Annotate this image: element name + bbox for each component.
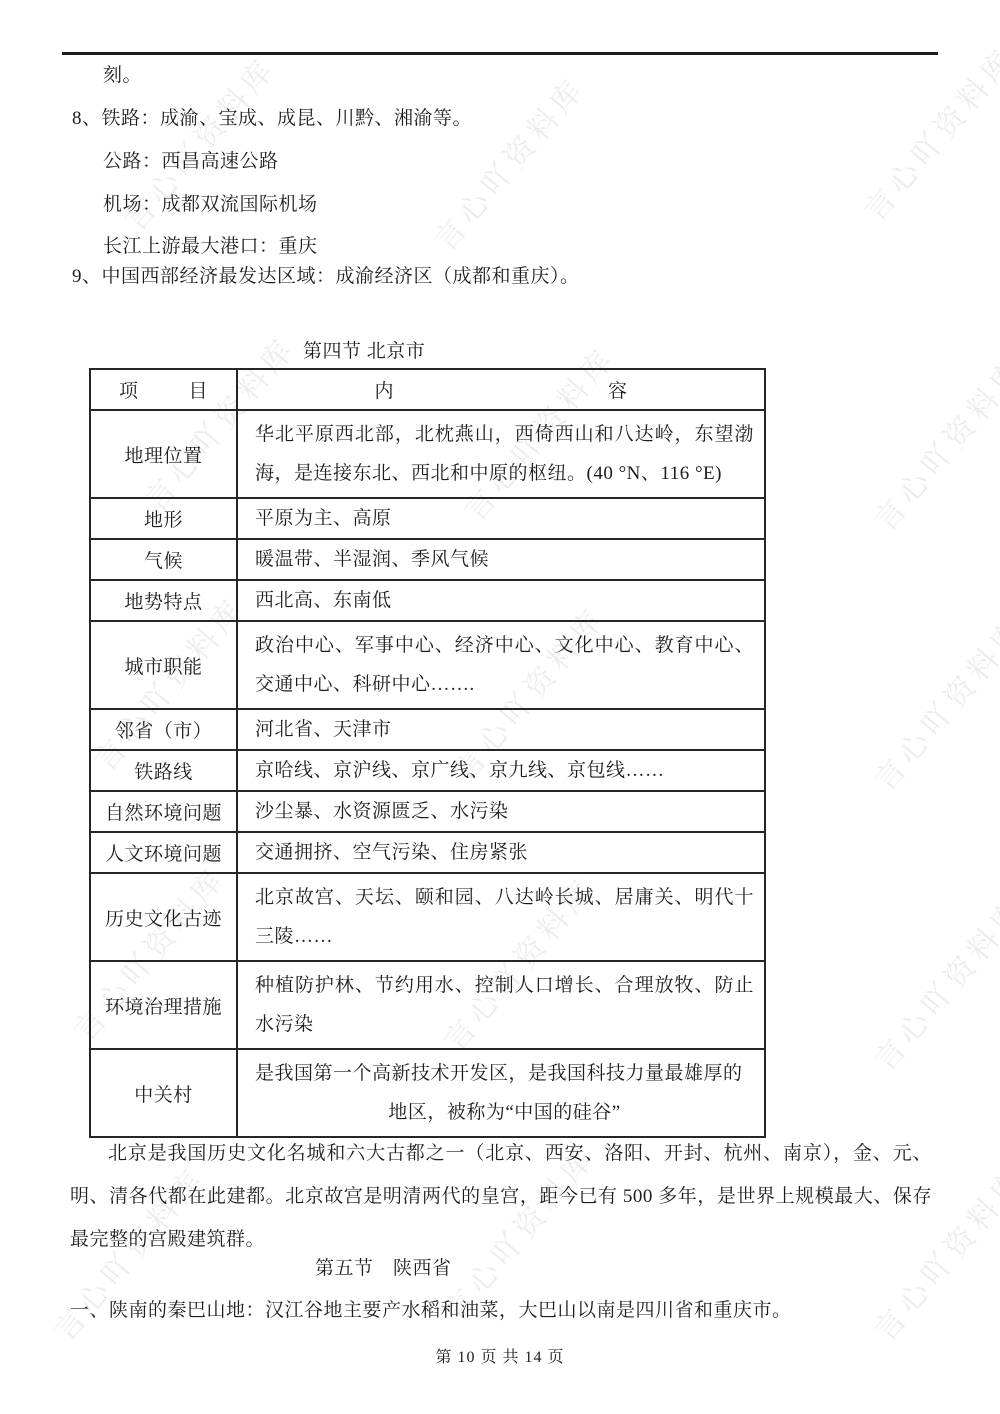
table-header-row: 项 目 内 容 (90, 369, 765, 410)
row-label: 铁路线 (90, 750, 237, 791)
table-row: 地势特点 西北高、东南低 (90, 580, 765, 621)
table-row: 环境治理措施 种植防护林、节约用水、控制人口增长、合理放牧、防止水污染 (90, 961, 765, 1049)
watermark: 言心吖资料库 (852, 35, 1000, 229)
beijing-summary-paragraph: 北京是我国历史文化名城和六大古都之一（北京、西安、洛阳、开封、杭州、南京），金、… (70, 1132, 932, 1261)
watermark: 言心吖资料库 (422, 65, 595, 259)
row-content: 北京故宫、天坛、颐和园、八达岭长城、居庸关、明代十三陵…… (237, 873, 765, 961)
body-line-airport: 机场：成都双流国际机场 (103, 189, 318, 216)
row-label: 邻省（市） (90, 709, 237, 750)
row-content: 华北平原西北部，北枕燕山，西倚西山和八达岭，东望渤海，是连接东北、西北和中原的枢… (237, 410, 765, 498)
row-label: 自然环境问题 (90, 791, 237, 832)
header-cell-item: 项 目 (90, 369, 237, 410)
watermark: 言心吖资料库 (862, 885, 1000, 1079)
row-label: 中关村 (90, 1049, 237, 1137)
body-line-item9: 9、中国西部经济最发达区域：成渝经济区（成都和重庆）。 (72, 261, 580, 288)
top-rule (62, 52, 938, 55)
footer-page-number: 第 10 页 共 14 页 (0, 1344, 1000, 1367)
row-label: 气候 (90, 539, 237, 580)
row-content: 河北省、天津市 (237, 709, 765, 750)
table-row: 邻省（市） 河北省、天津市 (90, 709, 765, 750)
row-label: 历史文化古迹 (90, 873, 237, 961)
section4-title: 第四节 北京市 (303, 336, 425, 363)
header-content-char: 容 (608, 376, 628, 403)
document-page: 言心吖资料库 言心吖资料库 言心吖资料库 言心吖资料库 言心吖资料库 言心吖资料… (0, 0, 1000, 1414)
table-row: 地形 平原为主、高原 (90, 498, 765, 539)
row-label: 地理位置 (90, 410, 237, 498)
header-content-char: 内 (374, 376, 394, 403)
header-cell-content: 内 容 (237, 369, 765, 410)
row-label: 地形 (90, 498, 237, 539)
row-label: 地势特点 (90, 580, 237, 621)
row-content: 是我国第一个高新技术开发区，是我国科技力量最雄厚的 地区，被称为“中国的硅谷” (237, 1049, 765, 1137)
table-row: 地理位置 华北平原西北部，北枕燕山，西倚西山和八达岭，东望渤海，是连接东北、西北… (90, 410, 765, 498)
row-content-line1: 是我国第一个高新技术开发区，是我国科技力量最雄厚的 (255, 1054, 754, 1093)
watermark: 言心吖资料库 (862, 605, 1000, 799)
header-item-char: 目 (189, 376, 209, 403)
section5-title: 第五节 陕西省 (315, 1253, 452, 1280)
watermark: 言心吖资料库 (862, 345, 1000, 539)
table-row: 城市职能 政治中心、军事中心、经济中心、文化中心、教育中心、交通中心、科研中心…… (90, 621, 765, 709)
header-item-char: 项 (119, 376, 139, 403)
row-content: 西北高、东南低 (237, 580, 765, 621)
table-row: 中关村 是我国第一个高新技术开发区，是我国科技力量最雄厚的 地区，被称为“中国的… (90, 1049, 765, 1137)
row-label: 环境治理措施 (90, 961, 237, 1049)
row-label: 人文环境问题 (90, 832, 237, 873)
row-content: 种植防护林、节约用水、控制人口增长、合理放牧、防止水污染 (237, 961, 765, 1049)
notes-table: 项 目 内 容 地理位置 华北平原西北部，北枕燕山，西倚西山和八达岭，东望渤海，… (89, 368, 766, 1138)
table-row: 历史文化古迹 北京故宫、天坛、颐和园、八达岭长城、居庸关、明代十三陵…… (90, 873, 765, 961)
row-content-line2: 地区，被称为“中国的硅谷” (255, 1093, 754, 1132)
body-line-port: 长江上游最大港口：重庆 (103, 231, 318, 258)
table-row: 人文环境问题 交通拥挤、空气污染、住房紧张 (90, 832, 765, 873)
table-row: 自然环境问题 沙尘暴、水资源匮乏、水污染 (90, 791, 765, 832)
body-line-item8: 8、铁路：成渝、宝成、成昆、川黔、湘渝等。 (72, 103, 472, 130)
body-line-continuation: 刻。 (103, 60, 142, 87)
row-content: 政治中心、军事中心、经济中心、文化中心、教育中心、交通中心、科研中心……. (237, 621, 765, 709)
body-line-road: 公路：西昌高速公路 (103, 146, 279, 173)
row-content: 京哈线、京沪线、京广线、京九线、京包线…… (237, 750, 765, 791)
table-row: 铁路线 京哈线、京沪线、京广线、京九线、京包线…… (90, 750, 765, 791)
row-content: 平原为主、高原 (237, 498, 765, 539)
table-row: 气候 暖温带、半湿润、季风气候 (90, 539, 765, 580)
section5-item1: 一、陕南的秦巴山地：汉江谷地主要产水稻和油菜，大巴山以南是四川省和重庆市。 (70, 1295, 792, 1322)
row-label: 城市职能 (90, 621, 237, 709)
row-content: 暖温带、半湿润、季风气候 (237, 539, 765, 580)
row-content: 沙尘暴、水资源匮乏、水污染 (237, 791, 765, 832)
row-content: 交通拥挤、空气污染、住房紧张 (237, 832, 765, 873)
